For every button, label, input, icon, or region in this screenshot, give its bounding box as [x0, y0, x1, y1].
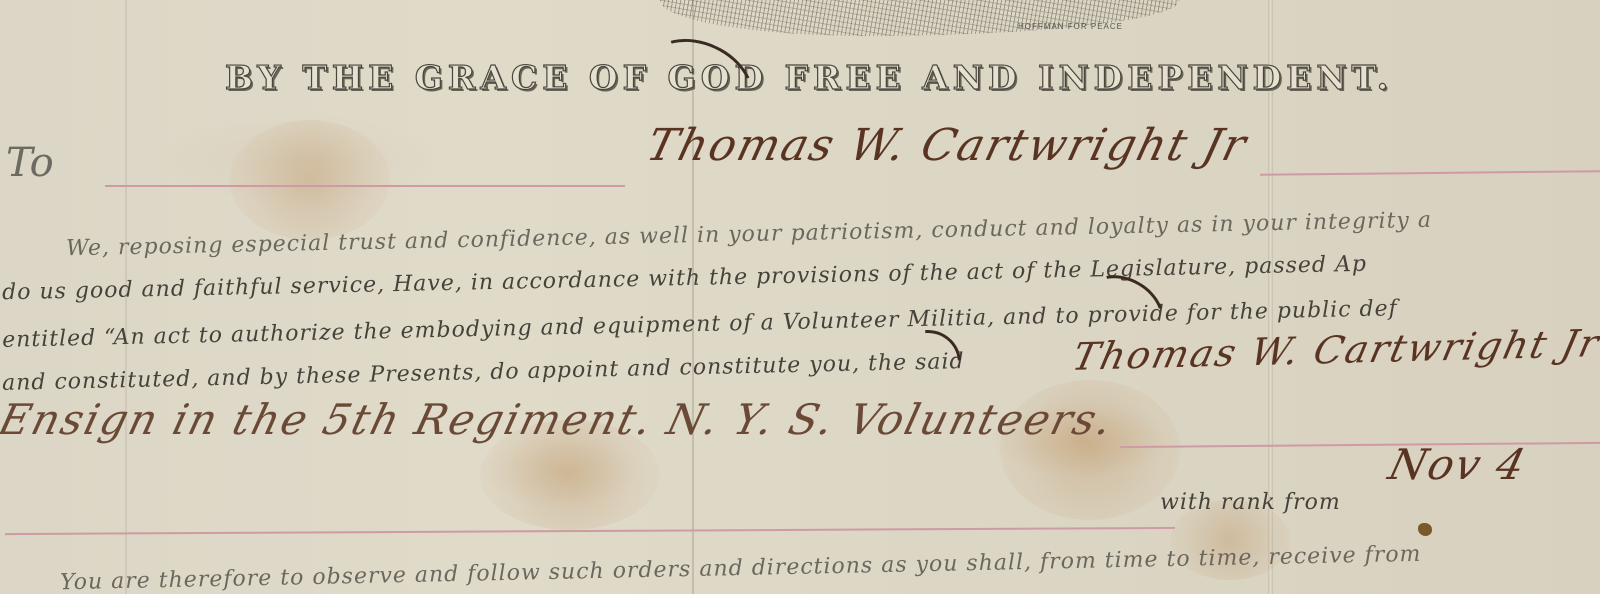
engraving-caption: HOFFMAN FOR PEACE — [1018, 22, 1123, 31]
rank-from-date: Nov 4 — [1384, 440, 1532, 489]
document-heading: BY THE GRACE OF GOD FREE AND INDEPENDENT… — [225, 58, 1545, 97]
rank-from-label: with rank from — [1160, 490, 1341, 515]
recipient-rule — [105, 185, 625, 187]
rank-assignment: Ensign in the 5th Regiment. N. Y. S. Vol… — [0, 395, 1119, 444]
recipient-name: Thomas W. Cartwright Jr — [642, 120, 1253, 171]
paper-hole — [1418, 523, 1432, 536]
water-stain — [230, 120, 390, 240]
to-label: To — [6, 140, 54, 186]
